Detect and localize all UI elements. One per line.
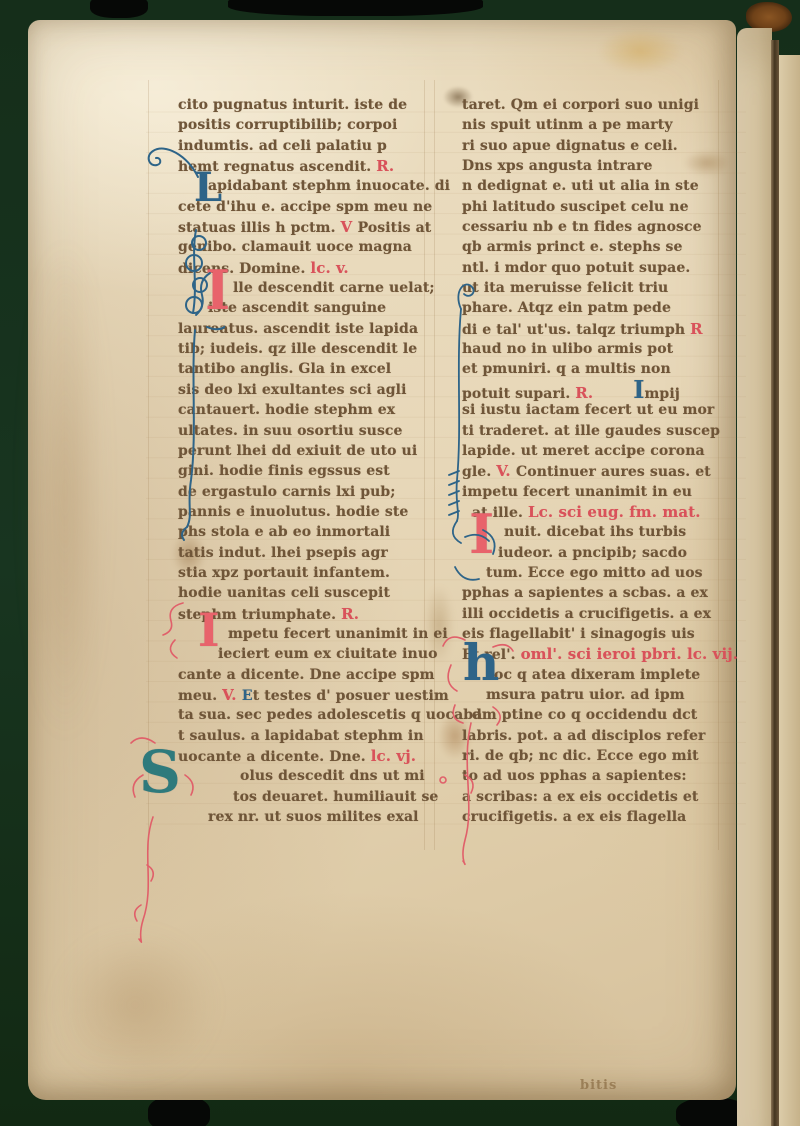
body-text: mpetu fecert unanimit in ei [228, 626, 448, 642]
stain [598, 28, 682, 74]
body-text: iudeor. a pncipib; sacdo [498, 545, 687, 561]
text-line: apidabant stephm inuocate. di [178, 176, 482, 196]
text-line: ieciert eum ex ciuitate inuo [178, 644, 482, 664]
body-text: qb armis princt e. stephs se [462, 239, 683, 255]
body-text: perunt lhei dd exiuit de uto ui [178, 443, 417, 459]
body-text: apidabant stephm inuocate. di [208, 178, 450, 194]
body-text: sis deo lxi exultantes sci agli [178, 382, 407, 398]
body-text: meu. [178, 688, 222, 704]
body-text: t saulus. a lapidabat stephm in [178, 728, 424, 744]
body-text: de ergastulo carnis lxi pub; [178, 484, 396, 500]
text-line: Et rel'. oml'. sci ieroi pbri. lc. vij. [462, 644, 738, 664]
initial-inuit-I: I [469, 510, 494, 559]
text-line: ti traderet. at ille gaudes suscep [462, 421, 738, 441]
text-line: ri. de qb; nc dic. Ecce ego mit [462, 746, 738, 766]
body-text: phare. Atqz ein patm pede [462, 300, 671, 316]
text-line: at ille. Lc. sci eug. fm. mat. [462, 502, 738, 522]
text-line: dm ptine co q occidendu dct [462, 705, 738, 725]
body-text: labris. pot. a ad disciplos refer [462, 728, 705, 744]
initial-solus-S: S [139, 746, 181, 798]
body-text: nis spuit utinm a pe marty [462, 117, 673, 133]
body-text: tos deuaret. humiliauit se [233, 789, 438, 805]
body-text: crucifigetis. a ex eis flagella [462, 809, 686, 825]
initial-lapidabant-L: L [194, 170, 222, 206]
text-line: crucifigetis. a ex eis flagella [462, 807, 738, 827]
body-text: msura patru uior. ad ipm [486, 687, 685, 703]
body-text: statuas illis h pctm. [178, 220, 341, 236]
body-text: ntl. i mdor quo potuit supae. [462, 260, 690, 276]
text-line: impetu fecert unanimit in eu [462, 482, 738, 502]
text-line: ntl. i mdor quo potuit supae. [462, 258, 738, 278]
body-text: ri suo apue dignatus e celi. [462, 138, 678, 154]
body-text: cante a dicente. Dne accipe spm [178, 667, 435, 683]
text-line: illi occidetis a crucifigetis. a ex [462, 604, 738, 624]
body-text: ta sua. sec pedes adolescetis q uocaba [178, 707, 482, 723]
initial-hoc-h: h [463, 640, 499, 685]
text-line: rex nr. ut suos milites exal [178, 807, 482, 827]
body-text: dicens. Domine. [178, 261, 310, 277]
text-line: uocante a dicente. Dne. lc. vj. [178, 746, 482, 766]
text-line: msura patru uior. ad ipm [462, 685, 738, 705]
text-line: ta sua. sec pedes adolescetis q uocaba [178, 705, 482, 725]
text-line: positis corruptibilib; corpoi [178, 115, 482, 135]
body-text: hodie uanitas celi suscepit [178, 585, 390, 601]
manuscript-photo: cito pugnatus inturit. iste depositis co… [0, 0, 800, 1126]
body-text: n dedignat e. uti ut alia in ste [462, 178, 699, 194]
adjacent-page-edge [737, 28, 772, 1126]
text-line: iudeor. a pncipib; sacdo [462, 543, 738, 563]
text-line: gle. V. Continuer aures suas. et [462, 461, 738, 481]
text-line: stephm triumphate. R. [178, 604, 482, 624]
text-line: phare. Atqz ein patm pede [462, 298, 738, 318]
text-line: tantibo anglis. Gla in excel [178, 359, 482, 379]
rubric-text: oml'. sci ieroi pbri. lc. vij. [521, 645, 739, 663]
text-line: tum. Ecce ego mitto ad uos [462, 563, 738, 583]
text-column-left: cito pugnatus inturit. iste depositis co… [178, 95, 482, 827]
stain [30, 240, 100, 740]
text-line: lapide. ut meret accipe corona [462, 441, 738, 461]
body-text: Positis at [358, 220, 432, 236]
body-text: tum. Ecce ego mitto ad uos [486, 565, 703, 581]
text-line: pannis e inuolutus. hodie ste [178, 502, 482, 522]
text-line: a scribas: a ex eis occidetis et [462, 787, 738, 807]
text-line: meu. V. Et testes d' posuer uestim [178, 685, 482, 705]
body-text: phs stola e ab eo inmortali [178, 524, 390, 540]
manuscript-page: cito pugnatus inturit. iste depositis co… [28, 20, 736, 1100]
adjacent-page-edge-2 [779, 55, 800, 1126]
rubric-text: lc. v. [310, 259, 348, 277]
body-text: ti traderet. at ille gaudes suscep [462, 423, 720, 439]
body-text: Dns xps angusta intrare [462, 158, 652, 174]
text-line: potuit supari. R.Impij [462, 380, 738, 400]
body-text: dm ptine co q occidendu dct [472, 707, 697, 723]
text-line: et pmuniri. q a multis non [462, 359, 738, 379]
text-line: cito pugnatus inturit. iste de [178, 95, 482, 115]
background-shadow [228, 0, 483, 16]
body-text: uocante a dicente. Dne. [178, 749, 371, 765]
rubric-text: R. [376, 157, 394, 175]
body-text: gle. [462, 464, 496, 480]
text-line: statuas illis h pctm. V Positis at [178, 217, 482, 237]
catchword: bitis [580, 1078, 617, 1093]
rubric-text: V. [496, 462, 516, 480]
text-line: de ergastulo carnis lxi pub; [178, 482, 482, 502]
text-line: qb armis princt e. stephs se [462, 237, 738, 257]
text-line: nuit. dicebat ihs turbis [462, 522, 738, 542]
text-line: t saulus. a lapidabat stephm in [178, 726, 482, 746]
text-line: to ad uos pphas a sapientes: [462, 766, 738, 786]
body-text: cantauert. hodie stephm ex [178, 402, 395, 418]
text-line: cante a dicente. Dne accipe spm [178, 665, 482, 685]
inline-initial: E [242, 688, 253, 704]
rubric-text: lc. vj. [371, 747, 416, 765]
body-text: genibo. clamauit uoce magna [178, 239, 412, 255]
body-text: tatis indut. lhei psepis agr [178, 545, 388, 561]
text-line: haud no in ulibo armis pot [462, 339, 738, 359]
text-line: eis flagellabit' i sinagogis uis [462, 624, 738, 644]
text-line: olus descedit dns ut mi [178, 766, 482, 786]
body-text: cito pugnatus inturit. iste de [178, 97, 407, 113]
text-column-right: taret. Qm ei corpori suo uniginis spuit … [462, 95, 738, 827]
stain [55, 930, 215, 1080]
body-text: olus descedit dns ut mi [240, 768, 425, 784]
text-line: hodie uanitas celi suscepit [178, 583, 482, 603]
body-text: t testes d' posuer uestim [253, 688, 449, 704]
initial-impetu-I: I [198, 610, 220, 651]
text-line: di e tal' ut'us. talqz triumph R [462, 319, 738, 339]
body-text: positis corruptibilib; corpoi [178, 117, 397, 133]
rubric-text: V [341, 218, 358, 236]
rubric-text: V. [222, 686, 242, 704]
text-line: cessariu nb e tn fides agnosce [462, 217, 738, 237]
text-line: n dedignat e. uti ut alia in ste [462, 176, 738, 196]
rubric-text: Lc. sci eug. fm. mat. [528, 503, 701, 521]
body-text: lapide. ut meret accipe corona [462, 443, 705, 459]
text-line: taret. Qm ei corpori suo unigi [462, 95, 738, 115]
text-line: tos deuaret. humiliauit se [178, 787, 482, 807]
body-text: lle descendit carne uelat; [233, 280, 435, 296]
text-line: perunt lhei dd exiuit de uto ui [178, 441, 482, 461]
text-line: ut ita meruisse felicit triu [462, 278, 738, 298]
body-text: ieciert eum ex ciuitate inuo [218, 646, 438, 662]
page-gutter-shadow [771, 40, 779, 1126]
text-line: gini. hodie finis egssus est [178, 461, 482, 481]
body-text: rex nr. ut suos milites exal [208, 809, 419, 825]
text-line: Dns xps angusta intrare [462, 156, 738, 176]
text-line: cete d'ihu e. accipe spm meu ne [178, 197, 482, 217]
text-line: mpetu fecert unanimit in ei [178, 624, 482, 644]
body-text: oc q atea dixeram implete [494, 667, 700, 683]
text-line: phs stola e ab eo inmortali [178, 522, 482, 542]
text-line: labris. pot. a ad disciplos refer [462, 726, 738, 746]
body-text: phi latitudo suscipet celu ne [462, 199, 689, 215]
text-line: pphas a sapientes a scbas. a ex [462, 583, 738, 603]
background-shadow [148, 1096, 210, 1126]
body-text: taret. Qm ei corpori suo unigi [462, 97, 699, 113]
text-line: indumtis. ad celi palatiu p [178, 136, 482, 156]
text-line: si iustu iactam fecert ut eu mor [462, 400, 738, 420]
body-text: impetu fecert unanimit in eu [462, 484, 692, 500]
text-line: sis deo lxi exultantes sci agli [178, 380, 482, 400]
text-line: tib; iudeis. qz ille descendit le [178, 339, 482, 359]
body-text: pphas a sapientes a scbas. a ex [462, 585, 708, 601]
text-line: nis spuit utinm a pe marty [462, 115, 738, 135]
initial-ille-I: I [205, 266, 230, 315]
rubric-text: R. [575, 384, 593, 402]
body-text: ri. de qb; nc dic. Ecce ego mit [462, 748, 699, 764]
body-text: di e tal' ut'us. talqz triumph [462, 322, 690, 338]
body-text: ultates. in suu osortiu susce [178, 423, 403, 439]
body-text: stia xpz portauit infantem. [178, 565, 390, 581]
body-text: laureatus. ascendit iste lapida [178, 321, 418, 337]
body-text: cessariu nb e tn fides agnosce [462, 219, 702, 235]
body-text: gini. hodie finis egssus est [178, 463, 390, 479]
body-text: si iustu iactam fecert ut eu mor [462, 402, 714, 418]
body-text: tib; iudeis. qz ille descendit le [178, 341, 417, 357]
body-text: ut ita meruisse felicit triu [462, 280, 668, 296]
text-line: ultates. in suu osortiu susce [178, 421, 482, 441]
body-text: indumtis. ad celi palatiu p [178, 138, 387, 154]
ruling-vertical [148, 80, 149, 850]
body-text: haud no in ulibo armis pot [462, 341, 673, 357]
text-line: phi latitudo suscipet celu ne [462, 197, 738, 217]
text-line: stia xpz portauit infantem. [178, 563, 482, 583]
text-line: oc q atea dixeram implete [462, 665, 738, 685]
body-text: nuit. dicebat ihs turbis [504, 524, 686, 540]
rubric-text: R. [341, 605, 359, 623]
body-text: pannis e inuolutus. hodie ste [178, 504, 408, 520]
background-shadow [90, 0, 148, 18]
text-line: hemt regnatus ascendit. R. [178, 156, 482, 176]
body-text: a scribas: a ex eis occidetis et [462, 789, 698, 805]
text-line: cantauert. hodie stephm ex [178, 400, 482, 420]
body-text: illi occidetis a crucifigetis. a ex [462, 606, 711, 622]
body-text: to ad uos pphas a sapientes: [462, 768, 687, 784]
body-text: tantibo anglis. Gla in excel [178, 361, 391, 377]
text-line: tatis indut. lhei psepis agr [178, 543, 482, 563]
text-line: genibo. clamauit uoce magna [178, 237, 482, 257]
rubric-text: R [690, 320, 703, 338]
body-text: iste ascendit sanguine [208, 300, 386, 316]
body-text: Continuer aures suas. et [516, 464, 711, 480]
text-line: ri suo apue dignatus e celi. [462, 136, 738, 156]
